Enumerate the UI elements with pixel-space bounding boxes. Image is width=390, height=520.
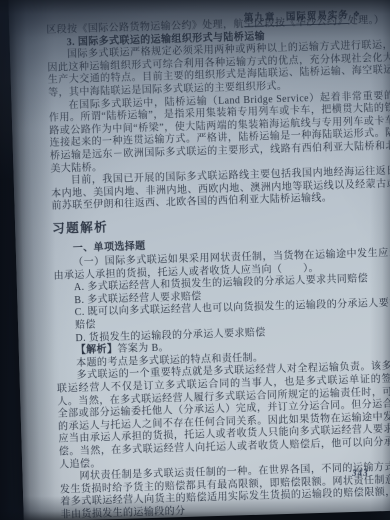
analysis-paragraph-1: 多式联运的一个重要特点就是多式联运经营人对全程运输负责。该多式联运经营人不仅是订… xyxy=(56,361,390,472)
book-photo: 第九章 国际贸易实务❖ 区段按《国际公路货物运输公约》处理，航空区段按《华沙公约… xyxy=(0,0,390,520)
exercises-heading: 习题解析 xyxy=(52,212,390,235)
analysis-paragraph-2: 网状责任制是多式联运责任制的一种。在世界各国，不同的运输方式、发生货损时给予货主… xyxy=(59,462,390,520)
paragraph-land-bridge: 在国际多式联运中，陆桥运输（Land Bridge Service）起着非常重要… xyxy=(48,90,390,176)
page-body: 区段按《国际公路货物运输公约》处理，航空区段按《华沙公约》处理。） 3. 国际多… xyxy=(8,0,390,520)
answer-text: 答案为 B。 xyxy=(117,343,169,356)
page-number: 343 xyxy=(352,468,369,478)
book-page: 第九章 国际贸易实务❖ 区段按《国际公路货物运输公约》处理，航空区段按《华沙公约… xyxy=(8,0,390,520)
answer-label: 【解析】 xyxy=(76,344,118,356)
